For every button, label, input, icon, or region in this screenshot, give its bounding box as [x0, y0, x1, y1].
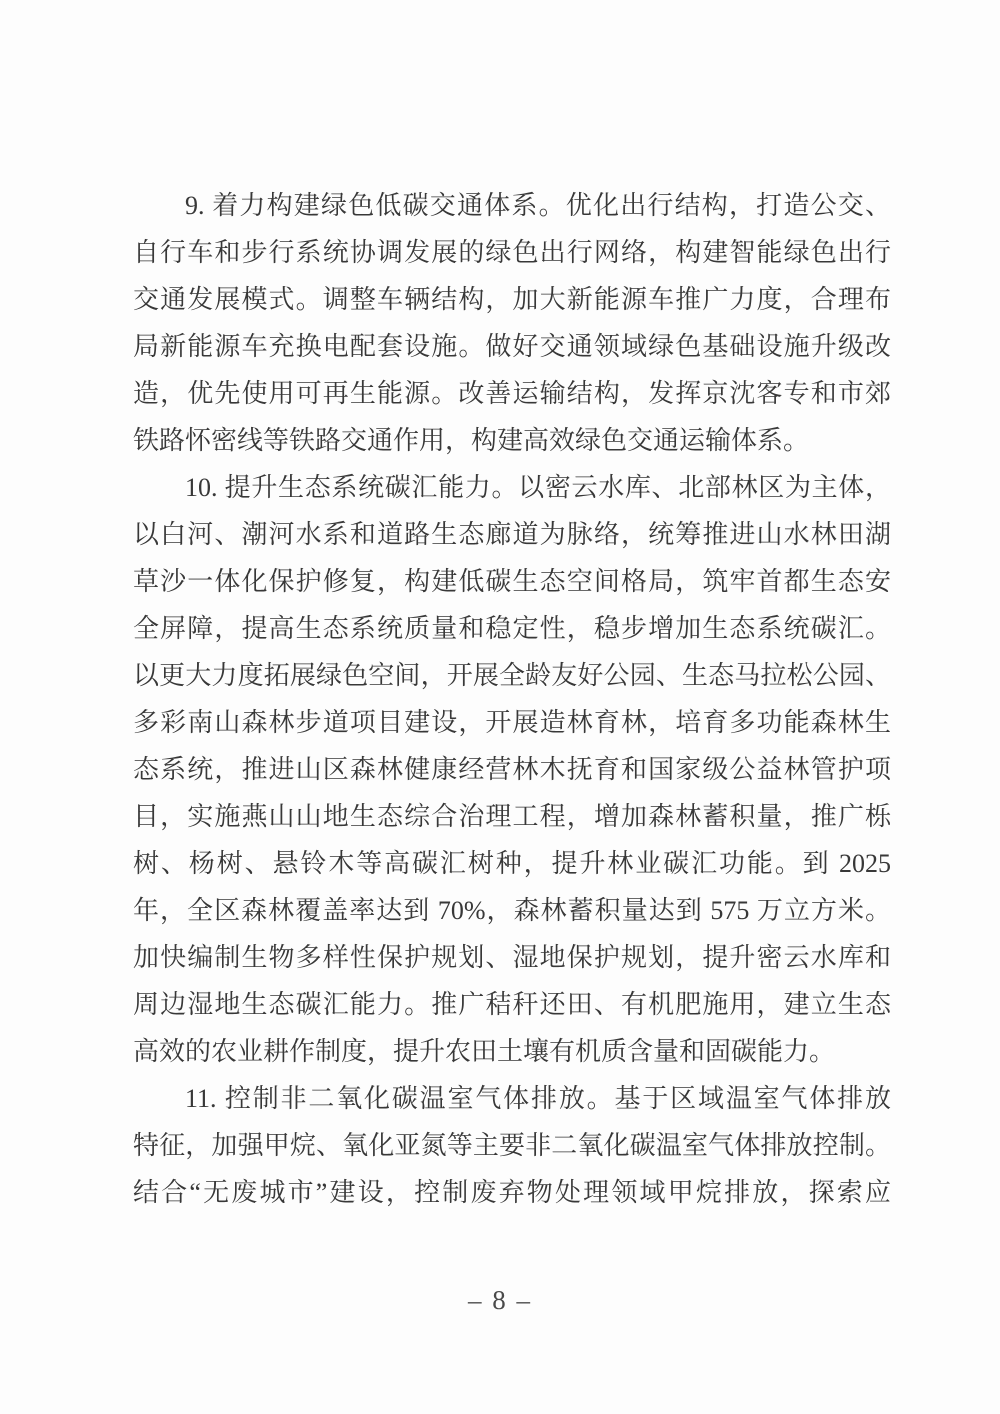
text-line: 目，实施燕山山地生态综合治理工程，增加森林蓄积量，推广栎 [133, 793, 891, 840]
text-line: 态系统，推进山区森林健康经营林木抚育和国家级公益林管护项 [133, 746, 891, 793]
text-line: 以更大力度拓展绿色空间，开展全龄友好公园、生态马拉松公园、 [133, 652, 891, 699]
text-line: 局新能源车充换电配套设施。做好交通领域绿色基础设施升级改 [133, 323, 891, 370]
text-line: 周边湿地生态碳汇能力。推广秸秆还田、有机肥施用，建立生态 [133, 981, 891, 1028]
text-line: 铁路怀密线等铁路交通作用，构建高效绿色交通运输体系。 [133, 417, 891, 464]
text-line: 草沙一体化保护修复，构建低碳生态空间格局，筑牢首都生态安 [133, 558, 891, 605]
text-line: 自行车和步行系统协调发展的绿色出行网络，构建智能绿色出行 [133, 229, 891, 276]
text-line: 以白河、潮河水系和道路生态廊道为脉络，统筹推进山水林田湖 [133, 511, 891, 558]
paragraph-item-11: 11. 控制非二氧化碳温室气体排放。基于区域温室气体排放 特征，加强甲烷、氧化亚… [133, 1075, 891, 1216]
text-line: 多彩南山森林步道项目建设，开展造林育林，培育多功能森林生 [133, 699, 891, 746]
document-page: 9. 着力构建绿色低碳交通体系。优化出行结构，打造公交、 自行车和步行系统协调发… [0, 0, 1000, 1414]
text-line: 10. 提升生态系统碳汇能力。以密云水库、北部林区为主体， [133, 464, 891, 511]
text-line: 年，全区森林覆盖率达到 70%，森林蓄积量达到 575 万立方米。 [133, 887, 891, 934]
paragraph-item-9: 9. 着力构建绿色低碳交通体系。优化出行结构，打造公交、 自行车和步行系统协调发… [133, 182, 891, 464]
document-body: 9. 着力构建绿色低碳交通体系。优化出行结构，打造公交、 自行车和步行系统协调发… [133, 182, 891, 1216]
text-line: 特征，加强甲烷、氧化亚氮等主要非二氧化碳温室气体排放控制。 [133, 1122, 891, 1169]
text-line: 造，优先使用可再生能源。改善运输结构，发挥京沈客专和市郊 [133, 370, 891, 417]
text-line: 高效的农业耕作制度，提升农田土壤有机质含量和固碳能力。 [133, 1028, 891, 1075]
paragraph-item-10: 10. 提升生态系统碳汇能力。以密云水库、北部林区为主体， 以白河、潮河水系和道… [133, 464, 891, 1075]
text-line: 加快编制生物多样性保护规划、湿地保护规划，提升密云水库和 [133, 934, 891, 981]
text-line: 9. 着力构建绿色低碳交通体系。优化出行结构，打造公交、 [133, 182, 891, 229]
text-line: 结合“无废城市”建设，控制废弃物处理领域甲烷排放，探索应 [133, 1169, 891, 1216]
text-line: 交通发展模式。调整车辆结构，加大新能源车推广力度，合理布 [133, 276, 891, 323]
text-line: 11. 控制非二氧化碳温室气体排放。基于区域温室气体排放 [133, 1075, 891, 1122]
page-number: – 8 – [0, 1280, 1000, 1320]
text-line: 树、杨树、悬铃木等高碳汇树种，提升林业碳汇功能。到 2025 [133, 840, 891, 887]
text-line: 全屏障，提高生态系统质量和稳定性，稳步增加生态系统碳汇。 [133, 605, 891, 652]
